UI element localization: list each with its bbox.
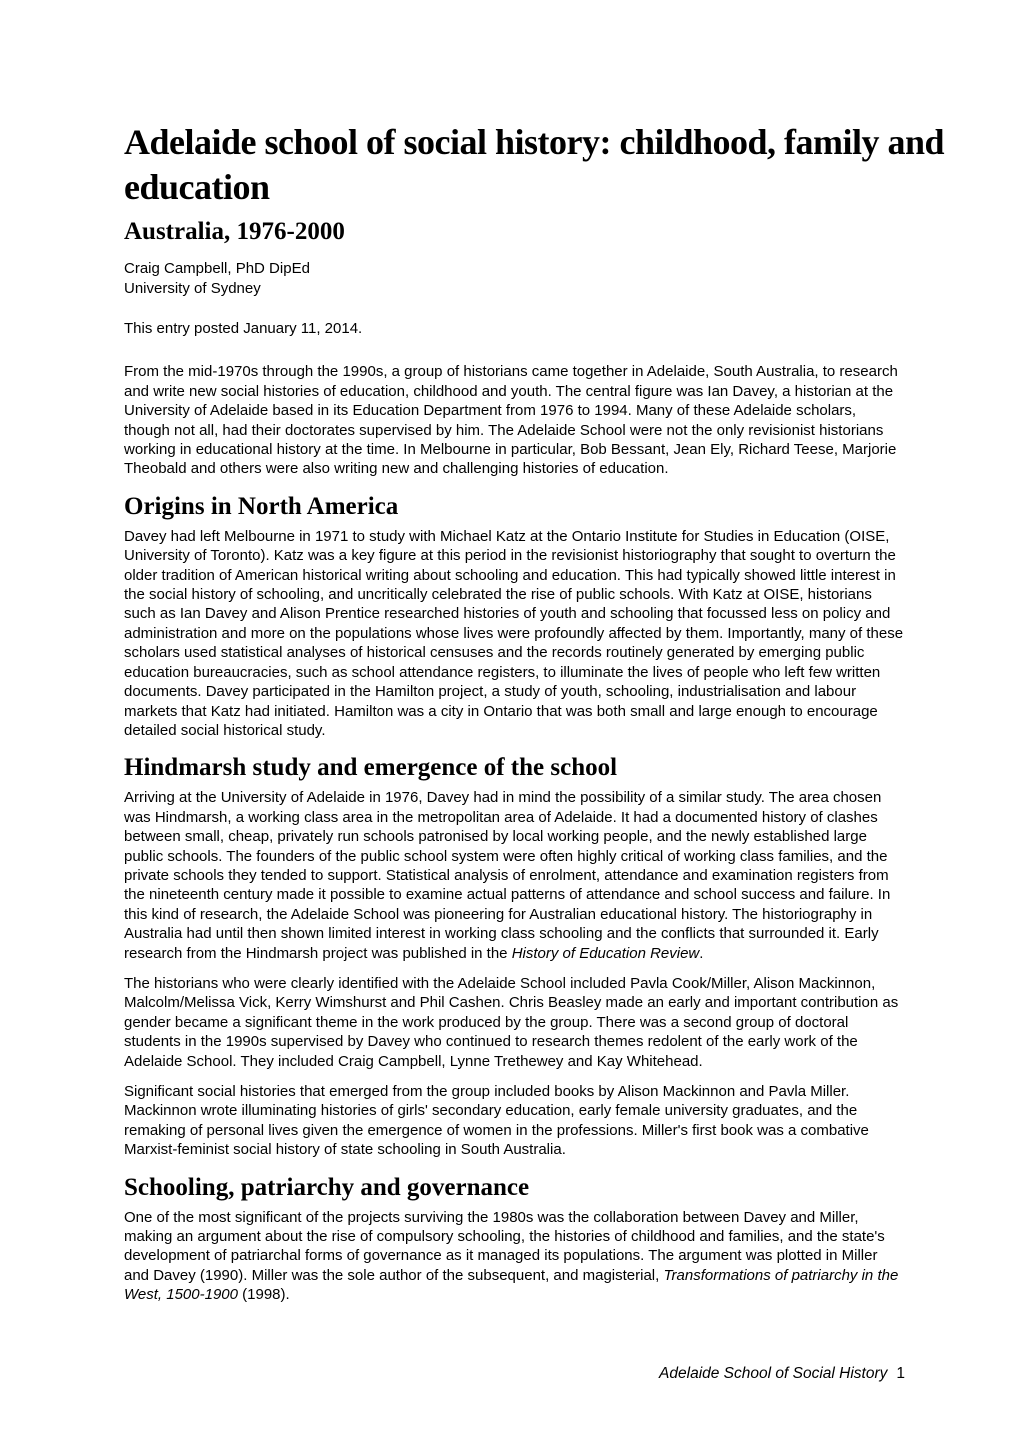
paragraph-text: (1998). xyxy=(238,1286,290,1303)
document-page: Adelaide school of social history: child… xyxy=(0,0,1020,1443)
intro-paragraph: From the mid-1970s through the 1990s, a … xyxy=(124,362,905,478)
hindmarsh-paragraph-1: Arriving at the University of Adelaide i… xyxy=(124,788,905,963)
document-content: Adelaide school of social history: child… xyxy=(0,0,1020,1305)
author-name: Craig Campbell, PhD DipEd xyxy=(124,259,905,279)
section-heading-origins: Origins in North America xyxy=(124,491,905,522)
paragraph-text: Arriving at the University of Adelaide i… xyxy=(124,789,890,961)
document-subtitle: Australia, 1976-2000 xyxy=(124,216,905,247)
paragraph-text: . xyxy=(699,945,703,962)
posted-date-line: This entry posted January 11, 2014. xyxy=(124,319,905,338)
journal-title: History of Education Review xyxy=(512,945,700,962)
hindmarsh-paragraph-3: Significant social histories that emerge… xyxy=(124,1082,905,1160)
footer-page-number: 1 xyxy=(896,1365,905,1382)
hindmarsh-paragraph-2: The historians who were clearly identifi… xyxy=(124,974,905,1071)
footer-running-title: Adelaide School of Social History xyxy=(659,1365,887,1382)
section-heading-hindmarsh: Hindmarsh study and emergence of the sch… xyxy=(124,752,905,783)
origins-paragraph: Davey had left Melbourne in 1971 to stud… xyxy=(124,527,905,740)
section-heading-schooling: Schooling, patriarchy and governance xyxy=(124,1172,905,1203)
author-block: Craig Campbell, PhD DipEd University of … xyxy=(124,259,905,299)
page-footer: Adelaide School of Social History1 xyxy=(124,1364,905,1384)
document-title: Adelaide school of social history: child… xyxy=(124,120,956,210)
schooling-paragraph: One of the most significant of the proje… xyxy=(124,1208,905,1305)
author-affiliation: University of Sydney xyxy=(124,279,905,299)
